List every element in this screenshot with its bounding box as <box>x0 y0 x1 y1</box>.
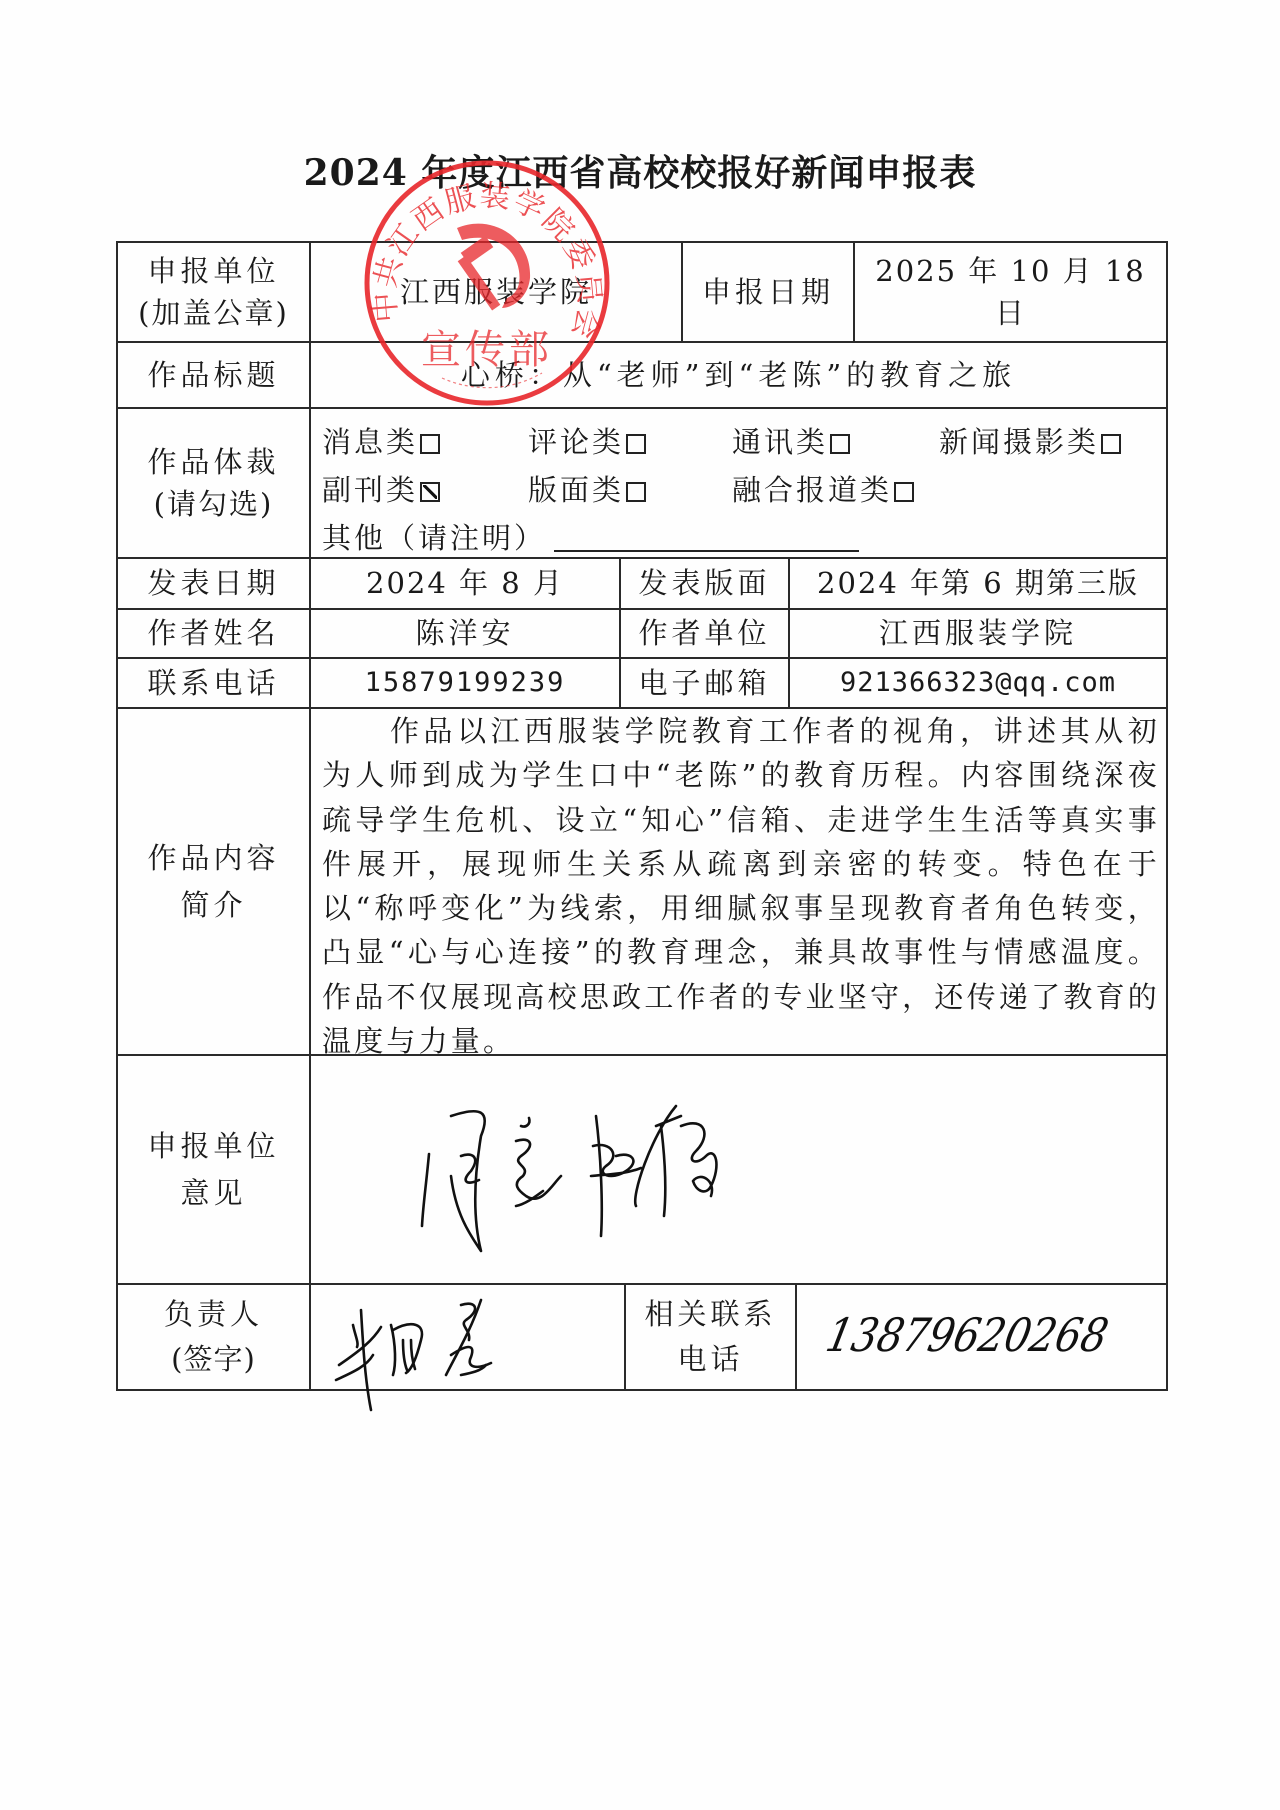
genre-label: 作品体裁 (请勾选) <box>118 409 309 557</box>
genre-option-layout[interactable]: 版面类 <box>528 468 646 509</box>
responsible-person-signature-field[interactable] <box>311 1285 624 1389</box>
applicant-unit-label-line1: 申报单位 <box>147 250 279 292</box>
unit-opinion-label-line1: 申报单位 <box>147 1123 279 1169</box>
checkbox-commentary[interactable] <box>626 434 646 454</box>
unit-opinion-label: 申报单位 意见 <box>118 1056 309 1283</box>
related-phone-label: 相关联系 电话 <box>626 1285 795 1389</box>
genre-option-news[interactable]: 消息类 <box>322 420 440 461</box>
genre-option-commentary[interactable]: 评论类 <box>528 420 646 461</box>
summary-text[interactable]: 作品以江西服装学院教育工作者的视角，讲述其从初为人师到成为学生口中“老陈”的教育… <box>322 709 1160 1063</box>
related-phone-handwritten: 13879620268 <box>821 1310 1112 1363</box>
summary-label-line1: 作品内容 <box>147 835 279 881</box>
applicant-unit-label-line2: (加盖公章) <box>138 292 289 334</box>
handwritten-approval-icon <box>311 1056 1166 1283</box>
table-rule <box>116 1389 1168 1391</box>
author-unit-label: 作者单位 <box>621 610 788 657</box>
checkbox-news[interactable] <box>420 434 440 454</box>
genre-label-line2: (请勾选) <box>154 483 274 525</box>
summary-label: 作品内容 简介 <box>118 709 309 1054</box>
publish-page-value[interactable]: 2024 年第 6 期第三版 <box>790 559 1166 608</box>
genre-options: 消息类 评论类 通讯类 新闻摄影类 副刊类 版面类 融合报道类 其他（请注明） <box>322 410 1162 556</box>
genre-option-label: 消息类 <box>322 425 418 459</box>
applicant-unit-text: 江西服装学院 <box>400 271 592 313</box>
responsible-person-label-line1: 负责人 <box>164 1292 263 1337</box>
application-date-value[interactable]: 2025 年 10 月 18 日 <box>855 243 1166 341</box>
author-unit-value[interactable]: 江西服装学院 <box>790 610 1166 657</box>
checkbox-photo[interactable] <box>1101 434 1121 454</box>
genre-option-label: 新闻摄影类 <box>939 425 1099 459</box>
genre-other-input[interactable] <box>554 524 859 552</box>
related-phone-label-line2: 电话 <box>677 1337 743 1382</box>
unit-opinion-field[interactable] <box>311 1056 1166 1283</box>
email-value[interactable]: 921366323@qq.com <box>790 659 1166 707</box>
phone-label: 联系电话 <box>118 659 309 707</box>
author-name-value[interactable]: 陈洋安 <box>311 610 619 657</box>
genre-option-convergence[interactable]: 融合报道类 <box>732 468 914 509</box>
genre-option-label: 副刊类 <box>322 473 418 507</box>
author-name-label: 作者姓名 <box>118 610 309 657</box>
work-title-value[interactable]: 心桥：从“老师”到“老陈”的教育之旅 <box>311 343 1166 407</box>
genre-option-photo[interactable]: 新闻摄影类 <box>939 420 1121 461</box>
genre-other-label: 其他（请注明） <box>322 521 546 555</box>
genre-option-label: 评论类 <box>528 425 624 459</box>
unit-opinion-label-line2: 意见 <box>180 1170 246 1216</box>
summary-label-line2: 简介 <box>180 882 246 928</box>
related-phone-field[interactable]: 13879620268 <box>797 1285 1166 1389</box>
genre-option-other[interactable]: 其他（请注明） <box>322 516 859 557</box>
phone-value[interactable]: 15879199239 <box>311 659 619 707</box>
responsible-person-label-line2: (签字) <box>171 1337 256 1382</box>
checkbox-layout[interactable] <box>626 482 646 502</box>
genre-label-line1: 作品体裁 <box>147 441 279 483</box>
responsible-person-label: 负责人 (签字) <box>118 1285 309 1389</box>
publish-page-label: 发表版面 <box>621 559 788 608</box>
genre-option-label: 融合报道类 <box>732 473 892 507</box>
applicant-unit-value[interactable]: 江西服装学院 <box>311 243 681 341</box>
publish-date-value[interactable]: 2024 年 8 月 <box>311 559 619 608</box>
publish-date-label: 发表日期 <box>118 559 309 608</box>
applicant-unit-label: 申报单位 (加盖公章) <box>118 243 309 341</box>
genre-option-feature[interactable]: 通讯类 <box>732 420 850 461</box>
genre-option-label: 版面类 <box>528 473 624 507</box>
table-rule <box>1166 241 1168 1391</box>
checkbox-supplement-checked[interactable] <box>420 482 440 502</box>
work-title-label: 作品标题 <box>118 343 309 407</box>
email-label: 电子邮箱 <box>621 659 788 707</box>
signature-icon <box>311 1285 624 1415</box>
checkbox-convergence[interactable] <box>894 482 914 502</box>
genre-option-supplement[interactable]: 副刊类 <box>322 468 440 509</box>
form-title: 2024 年度江西省高校校报好新闻申报表 <box>0 145 1280 196</box>
application-date-label: 申报日期 <box>683 243 853 341</box>
genre-option-label: 通讯类 <box>732 425 828 459</box>
checkbox-feature[interactable] <box>830 434 850 454</box>
related-phone-label-line1: 相关联系 <box>644 1292 776 1337</box>
